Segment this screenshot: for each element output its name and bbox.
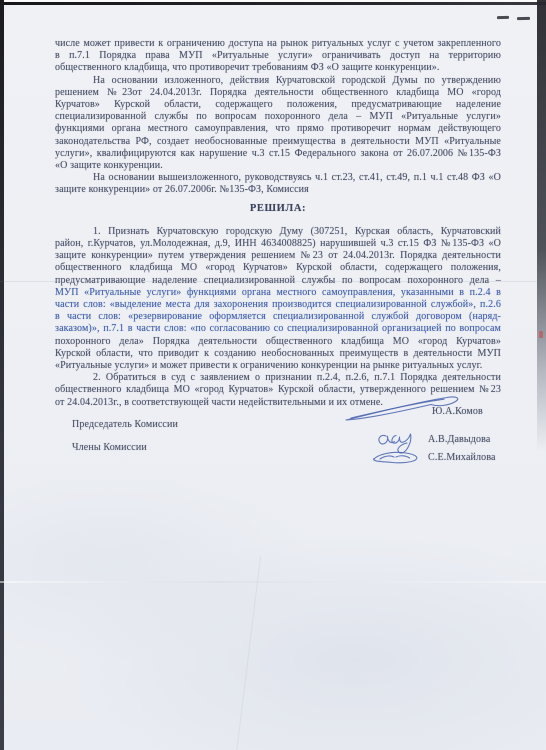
text-line: МУП «Ритуальные услуги» функциями органа… bbox=[55, 287, 501, 299]
heading-reshila: РЕШИЛА: bbox=[55, 203, 501, 215]
paper-crease-horizontal-2 bbox=[0, 581, 546, 583]
paragraph-na-osnovanii-izlozhennogo: На основании изложенного, действия Курча… bbox=[55, 75, 501, 173]
member1-name: А.В.Давыдова bbox=[428, 434, 491, 445]
text-line: РЕШИЛА: bbox=[55, 203, 501, 215]
member2-name: С.Е.Михайлова bbox=[428, 452, 496, 463]
text-line: решением №23от 24.04.2013г. Порядка деят… bbox=[55, 87, 501, 99]
text-line: специализированной службы по вопросам по… bbox=[55, 111, 501, 123]
text-line: похоронного дела» Порядка деятельности о… bbox=[55, 336, 501, 348]
paragraph-continuation: числе может привести к ограничению досту… bbox=[55, 38, 501, 75]
red-ink-speck bbox=[539, 331, 543, 338]
pen-dash-mark-1 bbox=[497, 16, 509, 19]
resolution-point-1: 1. Признать Курчатовскую городскую Думу … bbox=[55, 226, 501, 372]
pen-dash-mark-2 bbox=[517, 17, 530, 20]
text-line: На основании изложенного, действия Курча… bbox=[55, 75, 501, 87]
scan-edge-right bbox=[537, 0, 546, 452]
text-line: общественного кладбища МО «город Курчато… bbox=[55, 262, 501, 274]
text-line: «О защите конкуренции. bbox=[55, 160, 501, 172]
scan-edge-left bbox=[0, 0, 4, 750]
text-line: числе может привести к ограничению досту… bbox=[55, 38, 501, 50]
text-line: части слов: «выделение места для захорон… bbox=[55, 299, 501, 311]
paragraph-na-osnovanii-vysheizlozhennogo: На основании вышеизложенного, руководств… bbox=[55, 172, 501, 196]
text-line: защите конкуренции» путем утверждения ре… bbox=[55, 250, 501, 262]
scanned-page: числе может привести к ограничению досту… bbox=[0, 0, 546, 750]
text-line: 1. Признать Курчатовскую городскую Думу … bbox=[55, 226, 501, 238]
text-line: законодательства РФ, создает необоснован… bbox=[55, 136, 501, 148]
text-line: На основании вышеизложенного, руководств… bbox=[55, 172, 501, 184]
text-line: «Ритуальные услуги» и может привести к о… bbox=[55, 360, 501, 372]
text-line: в части слов: «резервирование оформляетс… bbox=[55, 311, 501, 323]
text-line: район, г.Курчатов, ул.Молодежная, д.9, И… bbox=[55, 238, 501, 250]
text-line: функциями органа местного самоуправления… bbox=[55, 123, 501, 135]
members-label: Члены Комиссии bbox=[72, 442, 147, 453]
text-line: Курчатов» Курской области, содержащего п… bbox=[55, 99, 501, 111]
text-line: в п.7.1 Порядка права МУП «Ритуальные ус… bbox=[55, 50, 501, 62]
member2-signature-stroke bbox=[366, 448, 420, 466]
chairman-label: Председатель Комиссии bbox=[72, 419, 178, 430]
scan-edge-top bbox=[0, 2, 546, 5]
text-line: 2. Обратиться в суд с заявлением о призн… bbox=[55, 372, 501, 384]
document-body: числе может привести к ограничению досту… bbox=[55, 38, 501, 409]
paper-crease-diagonal bbox=[236, 556, 261, 750]
text-line: услуги», квалифицируются как нарушение ч… bbox=[55, 148, 501, 160]
chairman-name: Ю.А.Комов bbox=[432, 406, 483, 417]
text-line: Курской области, что приводит к созданию… bbox=[55, 348, 501, 360]
text-line: заказом)», п.7.1 в части слов: «по согла… bbox=[55, 323, 501, 335]
text-line: защите конкуренции» от 26.07.2006г. №135… bbox=[55, 184, 501, 196]
paper-crease-horizontal-1 bbox=[0, 281, 546, 282]
text-line: общественного кладбища, что противоречит… bbox=[55, 62, 501, 74]
